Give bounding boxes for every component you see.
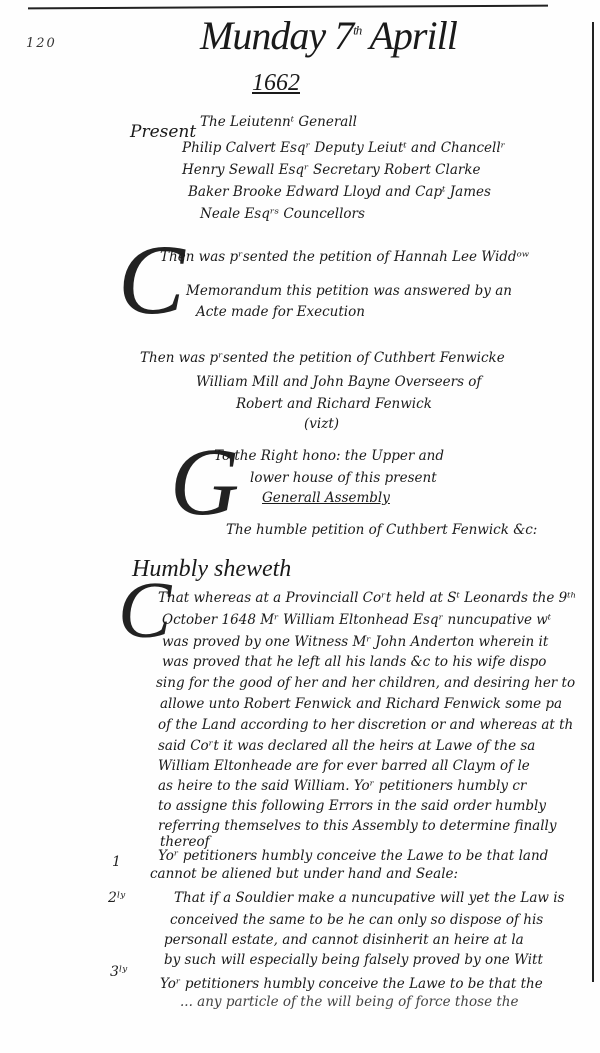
title-date: 7 (334, 13, 353, 58)
top-border-line (28, 5, 548, 10)
entry-line: Robert and Richard Fenwick (236, 396, 432, 412)
petition-body-line: was proved that he left all his lands &c… (162, 654, 546, 670)
petition-subtitle: The humble petition of Cuthbert Fenwick … (226, 522, 537, 538)
present-line: Henry Sewall Esqʳ Secretary Robert Clark… (182, 162, 481, 178)
petition-body-line: William Eltonheade are for ever barred a… (158, 758, 530, 774)
petition-body-line: October 1648 Mʳ William Eltonhead Esqʳ n… (162, 612, 551, 628)
petition-body-line: by such will especially being falsely pr… (164, 952, 543, 968)
present-label: Present (130, 122, 196, 142)
petition-body-line: That if a Souldier make a nuncupative wi… (174, 890, 564, 906)
petition-body-line: of the Land according to her discretion … (158, 717, 573, 733)
petition-body-line: as heire to the said William. Yoʳ petiti… (158, 778, 526, 794)
margin-note: 1 (112, 854, 121, 870)
margin-note: 2ˡʸ (108, 890, 125, 906)
manuscript-page: 120 Munday 7th Aprill 1662 Present The L… (0, 0, 600, 1053)
petition-body-line: said Coʳt it was declared all the heirs … (158, 738, 535, 754)
entry-line: Memorandum this petition was answered by… (186, 283, 512, 299)
title-month: Aprill (369, 13, 456, 58)
petition-body-line: to assigne this following Errors in the … (158, 798, 546, 814)
entry-line: William Mill and John Bayne Overseers of (196, 374, 481, 390)
petition-body-line: sing for the good of her and her childre… (156, 675, 575, 691)
title-year: 1662 (252, 70, 300, 97)
petition-address-line: To the Right hono: the Upper and (214, 448, 444, 464)
page-number: 120 (26, 36, 57, 51)
page-title: Munday 7th Aprill (200, 12, 457, 59)
petition-body-line: That whereas at a Provinciall Coʳt held … (158, 590, 576, 606)
decorative-initial: G (170, 426, 239, 537)
decorative-initial: C (118, 222, 185, 337)
petition-body-line: personall estate, and cannot disinherit … (164, 932, 524, 948)
margin-note: 3ˡʸ (110, 964, 127, 980)
petition-body-line: Yoʳ petitioners humbly conceive the Lawe… (160, 976, 543, 992)
petition-body-line: ... any particle of the will being of fo… (180, 994, 518, 1010)
petition-body-line: conceived the same to be he can only so … (170, 912, 543, 928)
title-day: Munday (200, 13, 325, 58)
petition-body-line: allowe unto Robert Fenwick and Richard F… (160, 696, 562, 712)
entry-line: Then was pʳsented the petition of Hannah… (160, 249, 529, 265)
entry-line: (vizt) (304, 416, 339, 432)
present-line: Philip Calvert Esqʳ Deputy Leiutᵗ and Ch… (182, 140, 505, 156)
present-line: The Leiutennᵗ Generall (200, 114, 357, 130)
present-line: Baker Brooke Edward Lloyd and Capᵗ James (188, 184, 491, 200)
petition-body-line: was proved by one Witness Mʳ John Andert… (162, 634, 548, 650)
right-margin-line (592, 22, 594, 982)
title-date-suffix: th (353, 23, 361, 38)
petition-body-line: referring themselves to this Assembly to… (158, 818, 556, 834)
entry-line: Then was pʳsented the petition of Cuthbe… (140, 350, 505, 366)
petition-body-line: Yoʳ petitioners humbly conceive the Lawe… (158, 848, 548, 864)
entry-line: Acte made for Execution (196, 304, 365, 320)
petition-address-line: lower house of this present (250, 470, 437, 486)
petition-body-line: cannot be aliened but under hand and Sea… (150, 866, 458, 882)
present-line: Neale Esqʳˢ Councellors (200, 206, 365, 222)
petition-address-line: Generall Assembly (262, 490, 390, 506)
